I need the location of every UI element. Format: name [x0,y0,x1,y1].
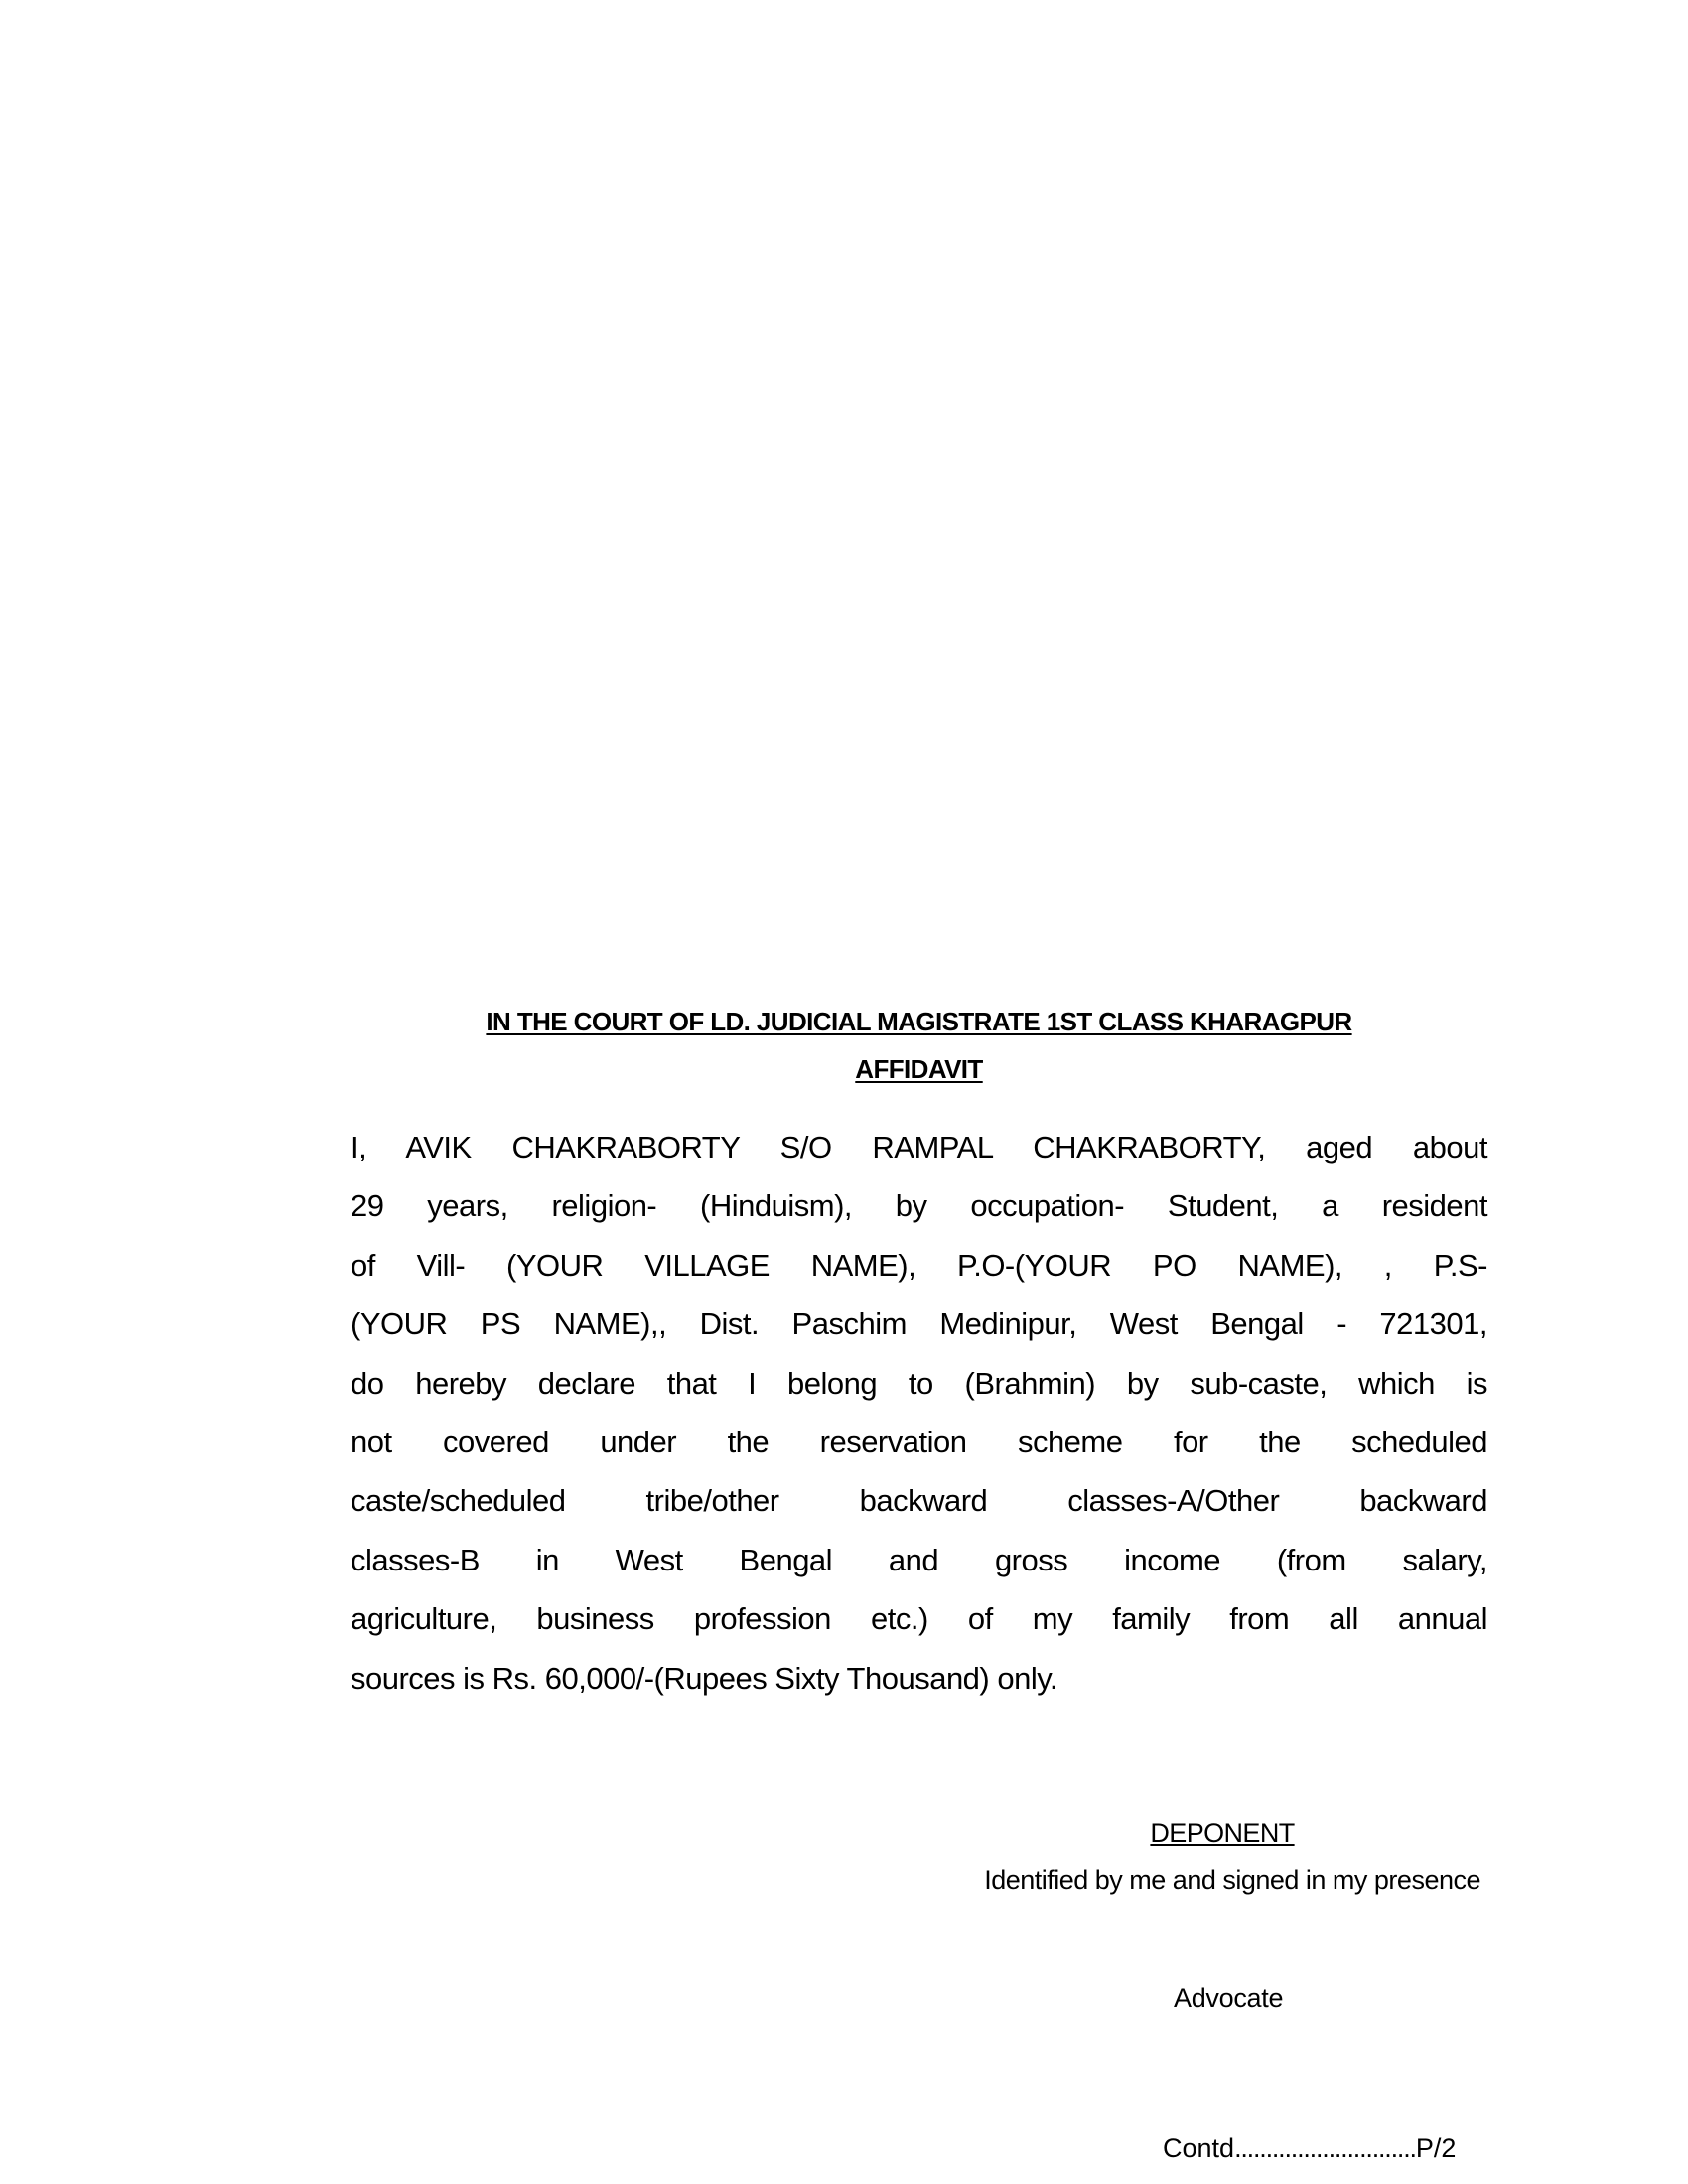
affidavit-body: I, AVIK CHAKRABORTY S/O RAMPAL CHAKRABOR… [351,1118,1487,1707]
body-line: of Vill- (YOUR VILLAGE NAME), P.O-(YOUR … [351,1236,1487,1295]
court-heading-text: IN THE COURT OF LD. JUDICIAL MAGISTRATE … [486,1007,1351,1036]
identification-statement: Identified by me and signed in my presen… [899,1860,1480,1900]
body-line: caste/scheduled tribe/other backward cla… [351,1471,1487,1530]
court-heading: IN THE COURT OF LD. JUDICIAL MAGISTRATE … [351,998,1487,1045]
body-line: I, AVIK CHAKRABORTY S/O RAMPAL CHAKRABOR… [351,1118,1487,1176]
deponent-label-text: DEPONENT [1150,1818,1294,1847]
body-line: (YOUR PS NAME),, Dist. Paschim Medinipur… [351,1295,1487,1353]
advocate-label: Advocate [1174,1979,1283,2018]
contd-label: Contd [1163,2128,1234,2168]
body-line: do hereby declare that I belong to (Brah… [351,1354,1487,1413]
contd-dots: ............................. [1234,2128,1416,2168]
continuation-note: Contd ............................. P/2 [1163,2128,1480,2168]
page-reference: P/2 [1416,2128,1457,2168]
body-line: agriculture, business profession etc.) o… [351,1589,1487,1648]
affidavit-title: AFFIDAVIT [351,1045,1487,1093]
body-line: not covered under the reservation scheme… [351,1413,1487,1471]
body-line: sources is Rs. 60,000/-(Rupees Sixty Tho… [351,1649,1487,1707]
body-line: 29 years, religion- (Hinduism), by occup… [351,1176,1487,1235]
deponent-label: DEPONENT [1147,1813,1298,1852]
affidavit-title-text: AFFIDAVIT [855,1054,982,1084]
document-page: IN THE COURT OF LD. JUDICIAL MAGISTRATE … [0,0,1688,2184]
body-line: classes-B in West Bengal and gross incom… [351,1531,1487,1589]
